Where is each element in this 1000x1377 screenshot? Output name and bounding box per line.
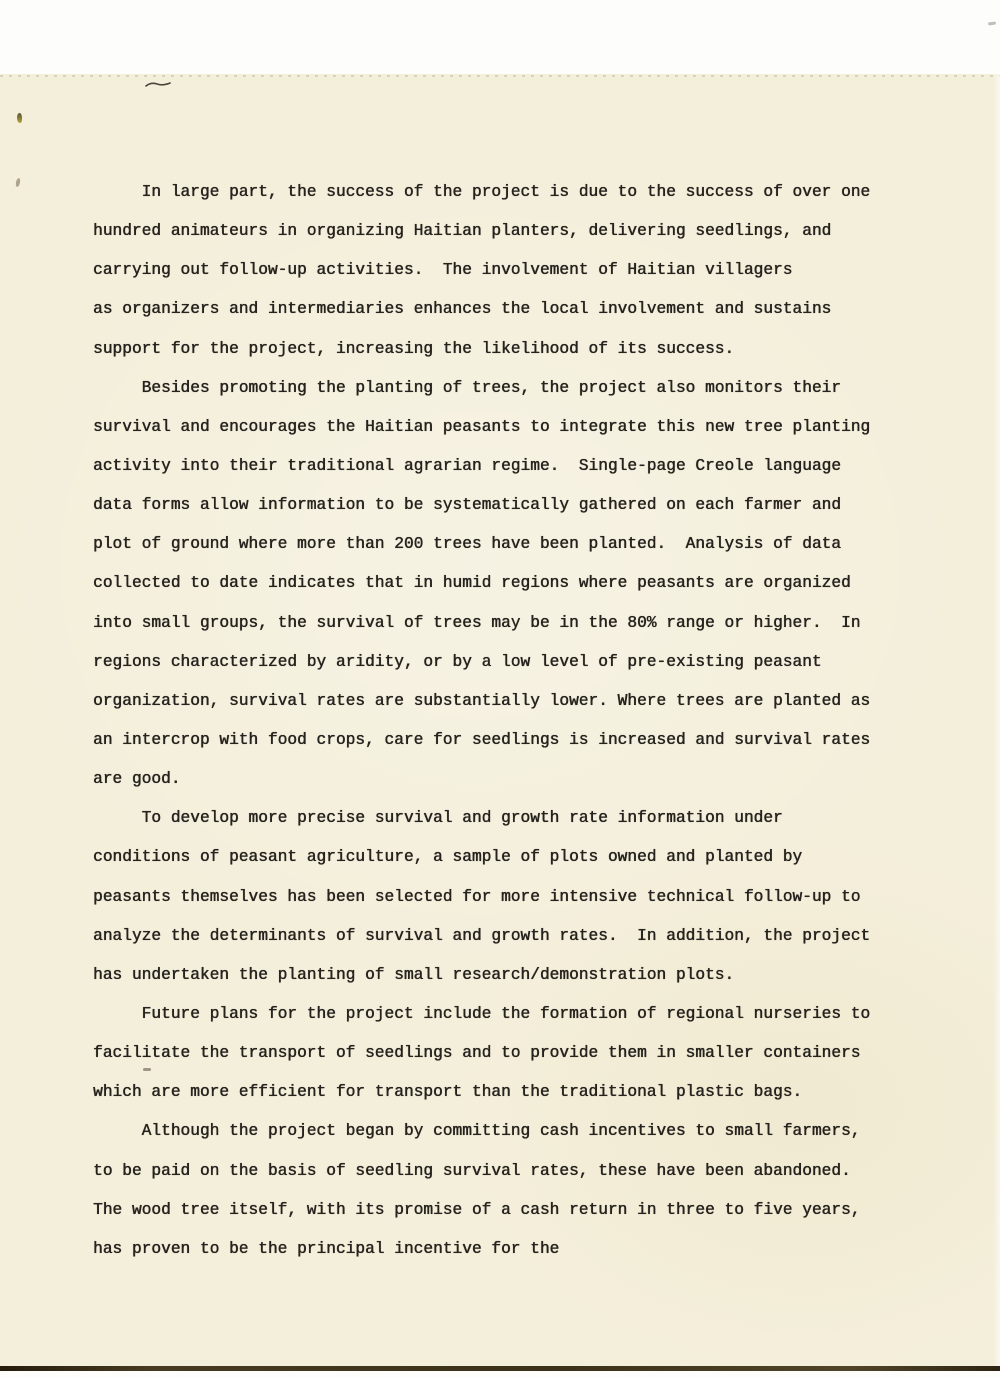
text-line: support for the project, increasing the …	[93, 330, 870, 369]
text-line: Future plans for the project include the…	[93, 995, 870, 1034]
edge-tick-mark	[988, 21, 996, 25]
paper-speck	[17, 113, 22, 123]
text-line: To develop more precise survival and gro…	[93, 799, 870, 838]
paper-right-edge-highlight	[993, 74, 1000, 1366]
text-line: carrying out follow-up activities. The i…	[93, 251, 870, 290]
text-line: organization, survival rates are substan…	[93, 682, 870, 721]
text-line: facilitate the transport of seedlings an…	[93, 1034, 870, 1073]
text-line: which are more efficient for transport t…	[93, 1073, 870, 1112]
text-line: Although the project began by committing…	[93, 1112, 870, 1151]
paper-bottom-edge	[0, 1366, 1000, 1371]
text-line: are good.	[93, 760, 870, 799]
text-line: conditions of peasant agriculture, a sam…	[93, 838, 870, 877]
text-line: regions characterized by aridity, or by …	[93, 643, 870, 682]
text-line: as organizers and intermediaries enhance…	[93, 290, 870, 329]
text-line: has undertaken the planting of small res…	[93, 956, 870, 995]
text-line: The wood tree itself, with its promise o…	[93, 1191, 870, 1230]
text-line: to be paid on the basis of seedling surv…	[93, 1152, 870, 1191]
text-line: collected to date indicates that in humi…	[93, 564, 870, 603]
text-line: plot of ground where more than 200 trees…	[93, 525, 870, 564]
text-line: analyze the determinants of survival and…	[93, 917, 870, 956]
scanned-document-screenshot: { "style": { "paper_color": "#f4efdb", "…	[0, 0, 1000, 1377]
pencil-squiggle-mark	[145, 76, 171, 94]
text-line: an intercrop with food crops, care for s…	[93, 721, 870, 760]
text-line: into small groups, the survival of trees…	[93, 604, 870, 643]
text-line: survival and encourages the Haitian peas…	[93, 408, 870, 447]
body-text: In large part, the success of the projec…	[93, 173, 870, 1269]
margin-dash-mark	[143, 1068, 151, 1071]
text-line: hundred animateurs in organizing Haitian…	[93, 212, 870, 251]
text-line: In large part, the success of the projec…	[93, 173, 870, 212]
text-line: peasants themselves has been selected fo…	[93, 878, 870, 917]
text-line: data forms allow information to be syste…	[93, 486, 870, 525]
text-line: Besides promoting the planting of trees,…	[93, 369, 870, 408]
text-line: activity into their traditional agrarian…	[93, 447, 870, 486]
text-line: has proven to be the principal incentive…	[93, 1230, 870, 1269]
